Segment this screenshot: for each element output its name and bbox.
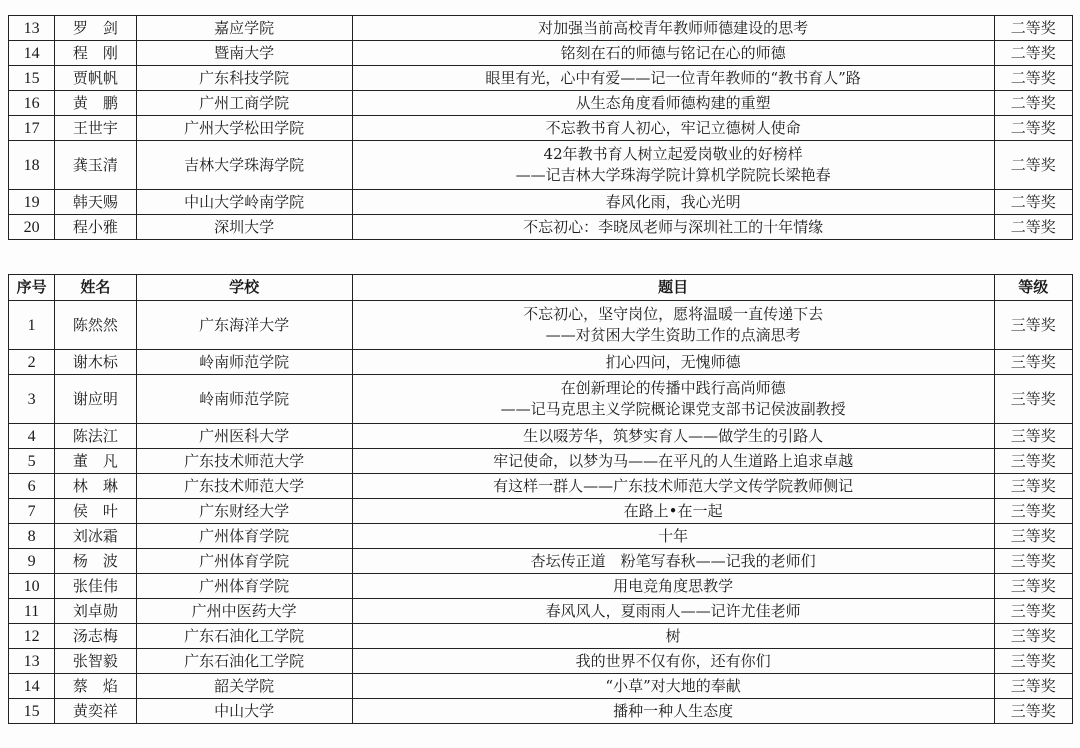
cell-grade: 二等奖 [994,91,1072,116]
cell-title: 杏坛传正道 粉笔写春秋——记我的老师们 [352,549,994,574]
cell-title: 用电竞角度思教学 [352,574,994,599]
title-line: 眼里有光，心中有爱——记一位青年教师的“教书育人”路 [353,68,994,89]
table-row: 20程小雅深圳大学不忘初心：李晓凤老师与深圳社工的十年情缘二等奖 [9,215,1073,240]
cell-name: 杨 波 [55,549,136,574]
cell-no: 10 [9,574,55,599]
cell-name: 王世宇 [55,116,136,141]
cell-school: 中山大学岭南学院 [136,190,352,215]
cell-title: 有这样一群人——广东技术师范大学文传学院教师侧记 [352,474,994,499]
cell-title: 春风化雨，我心光明 [352,190,994,215]
cell-name: 罗 剑 [55,16,136,41]
cell-school: 广东石油化工学院 [136,649,352,674]
cell-grade: 三等奖 [994,375,1072,424]
cell-school: 嘉应学院 [136,16,352,41]
title-line: 生以啜芳华，筑梦实育人——做学生的引路人 [353,426,994,447]
title-line: 杏坛传正道 粉笔写春秋——记我的老师们 [353,551,994,572]
cell-name: 林 琳 [55,474,136,499]
cell-name: 韩天赐 [55,190,136,215]
cell-no: 11 [9,599,55,624]
cell-no: 12 [9,624,55,649]
cell-title: 在创新理论的传播中践行高尚师德——记马克思主义学院概论课党支部书记侯波副教授 [352,375,994,424]
cell-no: 18 [9,141,55,190]
cell-title: 在路上•在一起 [352,499,994,524]
header-school: 学校 [136,275,352,301]
cell-no: 17 [9,116,55,141]
title-line: 春风化雨，我心光明 [353,192,994,213]
cell-name: 张智毅 [55,649,136,674]
table-row: 13张智毅广东石油化工学院我的世界不仅有你，还有你们三等奖 [9,649,1073,674]
cell-title: “小草”对大地的奉献 [352,674,994,699]
title-line: 42年教书育人树立起爱岗敬业的好榜样 [353,144,994,165]
cell-title: 42年教书育人树立起爱岗敬业的好榜样——记吉林大学珠海学院计算机学院院长梁艳春 [352,141,994,190]
cell-school: 暨南大学 [136,41,352,66]
table-row: 3谢应明岭南师范学院在创新理论的传播中践行高尚师德——记马克思主义学院概论课党支… [9,375,1073,424]
cell-name: 陈然然 [55,301,136,350]
table-row: 19韩天赐中山大学岭南学院春风化雨，我心光明二等奖 [9,190,1073,215]
cell-name: 陈法江 [55,424,136,449]
table-row: 8刘冰霜广州体育学院十年三等奖 [9,524,1073,549]
cell-no: 15 [9,699,55,724]
cell-name: 黄 鹏 [55,91,136,116]
cell-school: 中山大学 [136,699,352,724]
cell-no: 14 [9,41,55,66]
cell-grade: 三等奖 [994,474,1072,499]
cell-title: 树 [352,624,994,649]
cell-school: 广州中医药大学 [136,599,352,624]
cell-school: 广州体育学院 [136,574,352,599]
cell-no: 4 [9,424,55,449]
cell-title: 不忘初心：李晓凤老师与深圳社工的十年情缘 [352,215,994,240]
cell-name: 刘冰霜 [55,524,136,549]
title-line: 不忘初心，坚守岗位，愿将温暖一直传递下去 [353,304,994,325]
cell-title: 眼里有光，心中有爱——记一位青年教师的“教书育人”路 [352,66,994,91]
cell-name: 程小雅 [55,215,136,240]
table-row: 7侯 叶广东财经大学在路上•在一起三等奖 [9,499,1073,524]
cell-school: 吉林大学珠海学院 [136,141,352,190]
title-line: 在路上•在一起 [353,501,994,522]
table-row: 14程 刚暨南大学铭刻在石的师德与铭记在心的师德二等奖 [9,41,1073,66]
title-line: 不忘初心：李晓凤老师与深圳社工的十年情缘 [353,217,994,238]
table-row: 6林 琳广东技术师范大学有这样一群人——广东技术师范大学文传学院教师侧记三等奖 [9,474,1073,499]
cell-name: 谢应明 [55,375,136,424]
cell-title: 从生态角度看师德构建的重塑 [352,91,994,116]
third-prize-table: 序号 姓名 学校 题目 等级 1陈然然广东海洋大学不忘初心，坚守岗位，愿将温暖一… [8,274,1073,724]
cell-no: 1 [9,301,55,350]
third-prize-table-header: 序号 姓名 学校 题目 等级 [9,275,1073,301]
cell-name: 汤志梅 [55,624,136,649]
cell-name: 谢木标 [55,350,136,375]
cell-grade: 三等奖 [994,350,1072,375]
cell-no: 2 [9,350,55,375]
cell-title: 铭刻在石的师德与铭记在心的师德 [352,41,994,66]
cell-no: 8 [9,524,55,549]
cell-grade: 三等奖 [994,649,1072,674]
cell-school: 岭南师范学院 [136,375,352,424]
title-line: 用电竞角度思教学 [353,576,994,597]
second-prize-table-body: 13罗 剑嘉应学院对加强当前高校青年教师师德建设的思考二等奖14程 刚暨南大学铭… [9,16,1073,240]
cell-name: 黄奕祥 [55,699,136,724]
header-title: 题目 [352,275,994,301]
cell-grade: 三等奖 [994,674,1072,699]
header-name: 姓名 [55,275,136,301]
cell-name: 刘卓勋 [55,599,136,624]
cell-school: 深圳大学 [136,215,352,240]
cell-title: 播种一种人生态度 [352,699,994,724]
cell-school: 岭南师范学院 [136,350,352,375]
cell-school: 广州大学松田学院 [136,116,352,141]
cell-grade: 二等奖 [994,141,1072,190]
cell-name: 董 凡 [55,449,136,474]
title-line: 春风风人，夏雨雨人——记许尤佳老师 [353,601,994,622]
table-row: 9杨 波广州体育学院杏坛传正道 粉笔写春秋——记我的老师们三等奖 [9,549,1073,574]
cell-school: 广州医科大学 [136,424,352,449]
title-line: 有这样一群人——广东技术师范大学文传学院教师侧记 [353,476,994,497]
title-line: 不忘教书育人初心，牢记立德树人使命 [353,118,994,139]
third-prize-table-body: 1陈然然广东海洋大学不忘初心，坚守岗位，愿将温暖一直传递下去——对贫困大学生资助… [9,301,1073,724]
cell-grade: 二等奖 [994,66,1072,91]
title-line: 十年 [353,526,994,547]
cell-grade: 三等奖 [994,574,1072,599]
cell-title: 牢记使命，以梦为马——在平凡的人生道路上追求卓越 [352,449,994,474]
table-row: 16黄 鹏广州工商学院从生态角度看师德构建的重塑二等奖 [9,91,1073,116]
cell-school: 广州体育学院 [136,524,352,549]
title-line: ——记马克思主义学院概论课党支部书记侯波副教授 [353,399,994,420]
table-row: 15贾帆帆广东科技学院眼里有光，心中有爱——记一位青年教师的“教书育人”路二等奖 [9,66,1073,91]
table-row: 5董 凡广东技术师范大学牢记使命，以梦为马——在平凡的人生道路上追求卓越三等奖 [9,449,1073,474]
cell-grade: 三等奖 [994,524,1072,549]
table-row: 11刘卓勋广州中医药大学春风风人，夏雨雨人——记许尤佳老师三等奖 [9,599,1073,624]
cell-school: 广东海洋大学 [136,301,352,350]
cell-title: 对加强当前高校青年教师师德建设的思考 [352,16,994,41]
title-line: “小草”对大地的奉献 [353,676,994,697]
cell-no: 5 [9,449,55,474]
title-line: ——记吉林大学珠海学院计算机学院院长梁艳春 [353,165,994,186]
cell-school: 广东技术师范大学 [136,474,352,499]
cell-no: 14 [9,674,55,699]
cell-title: 生以啜芳华，筑梦实育人——做学生的引路人 [352,424,994,449]
cell-no: 20 [9,215,55,240]
title-line: 牢记使命，以梦为马——在平凡的人生道路上追求卓越 [353,451,994,472]
cell-school: 广东技术师范大学 [136,449,352,474]
cell-grade: 三等奖 [994,549,1072,574]
title-line: 我的世界不仅有你，还有你们 [353,651,994,672]
table-row: 15黄奕祥中山大学播种一种人生态度三等奖 [9,699,1073,724]
cell-name: 张佳伟 [55,574,136,599]
cell-grade: 二等奖 [994,190,1072,215]
header-row: 序号 姓名 学校 题目 等级 [9,275,1073,301]
table-row: 17王世宇广州大学松田学院不忘教书育人初心，牢记立德树人使命二等奖 [9,116,1073,141]
table-row: 12汤志梅广东石油化工学院树三等奖 [9,624,1073,649]
title-line: 在创新理论的传播中践行高尚师德 [353,378,994,399]
title-line: ——对贫困大学生资助工作的点滴思考 [353,325,994,346]
cell-no: 3 [9,375,55,424]
cell-grade: 二等奖 [994,41,1072,66]
cell-grade: 三等奖 [994,499,1072,524]
title-line: 从生态角度看师德构建的重塑 [353,93,994,114]
second-prize-table: 13罗 剑嘉应学院对加强当前高校青年教师师德建设的思考二等奖14程 刚暨南大学铭… [8,15,1073,240]
header-no: 序号 [9,275,55,301]
cell-name: 程 刚 [55,41,136,66]
cell-grade: 二等奖 [994,215,1072,240]
title-line: 播种一种人生态度 [353,701,994,722]
cell-name: 蔡 焰 [55,674,136,699]
cell-no: 16 [9,91,55,116]
cell-title: 十年 [352,524,994,549]
cell-no: 6 [9,474,55,499]
cell-grade: 三等奖 [994,301,1072,350]
table-row: 14蔡 焰韶关学院“小草”对大地的奉献三等奖 [9,674,1073,699]
cell-grade: 二等奖 [994,16,1072,41]
cell-grade: 三等奖 [994,699,1072,724]
cell-title: 不忘教书育人初心，牢记立德树人使命 [352,116,994,141]
cell-grade: 二等奖 [994,116,1072,141]
cell-title: 春风风人，夏雨雨人——记许尤佳老师 [352,599,994,624]
cell-no: 15 [9,66,55,91]
cell-no: 13 [9,16,55,41]
table-row: 1陈然然广东海洋大学不忘初心，坚守岗位，愿将温暖一直传递下去——对贫困大学生资助… [9,301,1073,350]
cell-no: 7 [9,499,55,524]
title-line: 扪心四问，无愧师德 [353,352,994,373]
table-row: 2谢木标岭南师范学院扪心四问，无愧师德三等奖 [9,350,1073,375]
cell-no: 13 [9,649,55,674]
cell-school: 广州体育学院 [136,549,352,574]
cell-title: 我的世界不仅有你，还有你们 [352,649,994,674]
cell-name: 贾帆帆 [55,66,136,91]
title-line: 对加强当前高校青年教师师德建设的思考 [353,18,994,39]
cell-grade: 三等奖 [994,424,1072,449]
cell-school: 广东科技学院 [136,66,352,91]
cell-name: 龚玉清 [55,141,136,190]
cell-school: 广东石油化工学院 [136,624,352,649]
cell-grade: 三等奖 [994,624,1072,649]
title-line: 铭刻在石的师德与铭记在心的师德 [353,43,994,64]
table-row: 13罗 剑嘉应学院对加强当前高校青年教师师德建设的思考二等奖 [9,16,1073,41]
cell-school: 广东财经大学 [136,499,352,524]
title-line: 树 [353,626,994,647]
cell-school: 广州工商学院 [136,91,352,116]
cell-title: 不忘初心，坚守岗位，愿将温暖一直传递下去——对贫困大学生资助工作的点滴思考 [352,301,994,350]
cell-grade: 三等奖 [994,449,1072,474]
table-row: 18龚玉清吉林大学珠海学院42年教书育人树立起爱岗敬业的好榜样——记吉林大学珠海… [9,141,1073,190]
cell-grade: 三等奖 [994,599,1072,624]
table-row: 10张佳伟广州体育学院用电竞角度思教学三等奖 [9,574,1073,599]
cell-name: 侯 叶 [55,499,136,524]
cell-title: 扪心四问，无愧师德 [352,350,994,375]
header-grade: 等级 [994,275,1072,301]
table-row: 4陈法江广州医科大学生以啜芳华，筑梦实育人——做学生的引路人三等奖 [9,424,1073,449]
cell-no: 9 [9,549,55,574]
cell-school: 韶关学院 [136,674,352,699]
cell-no: 19 [9,190,55,215]
